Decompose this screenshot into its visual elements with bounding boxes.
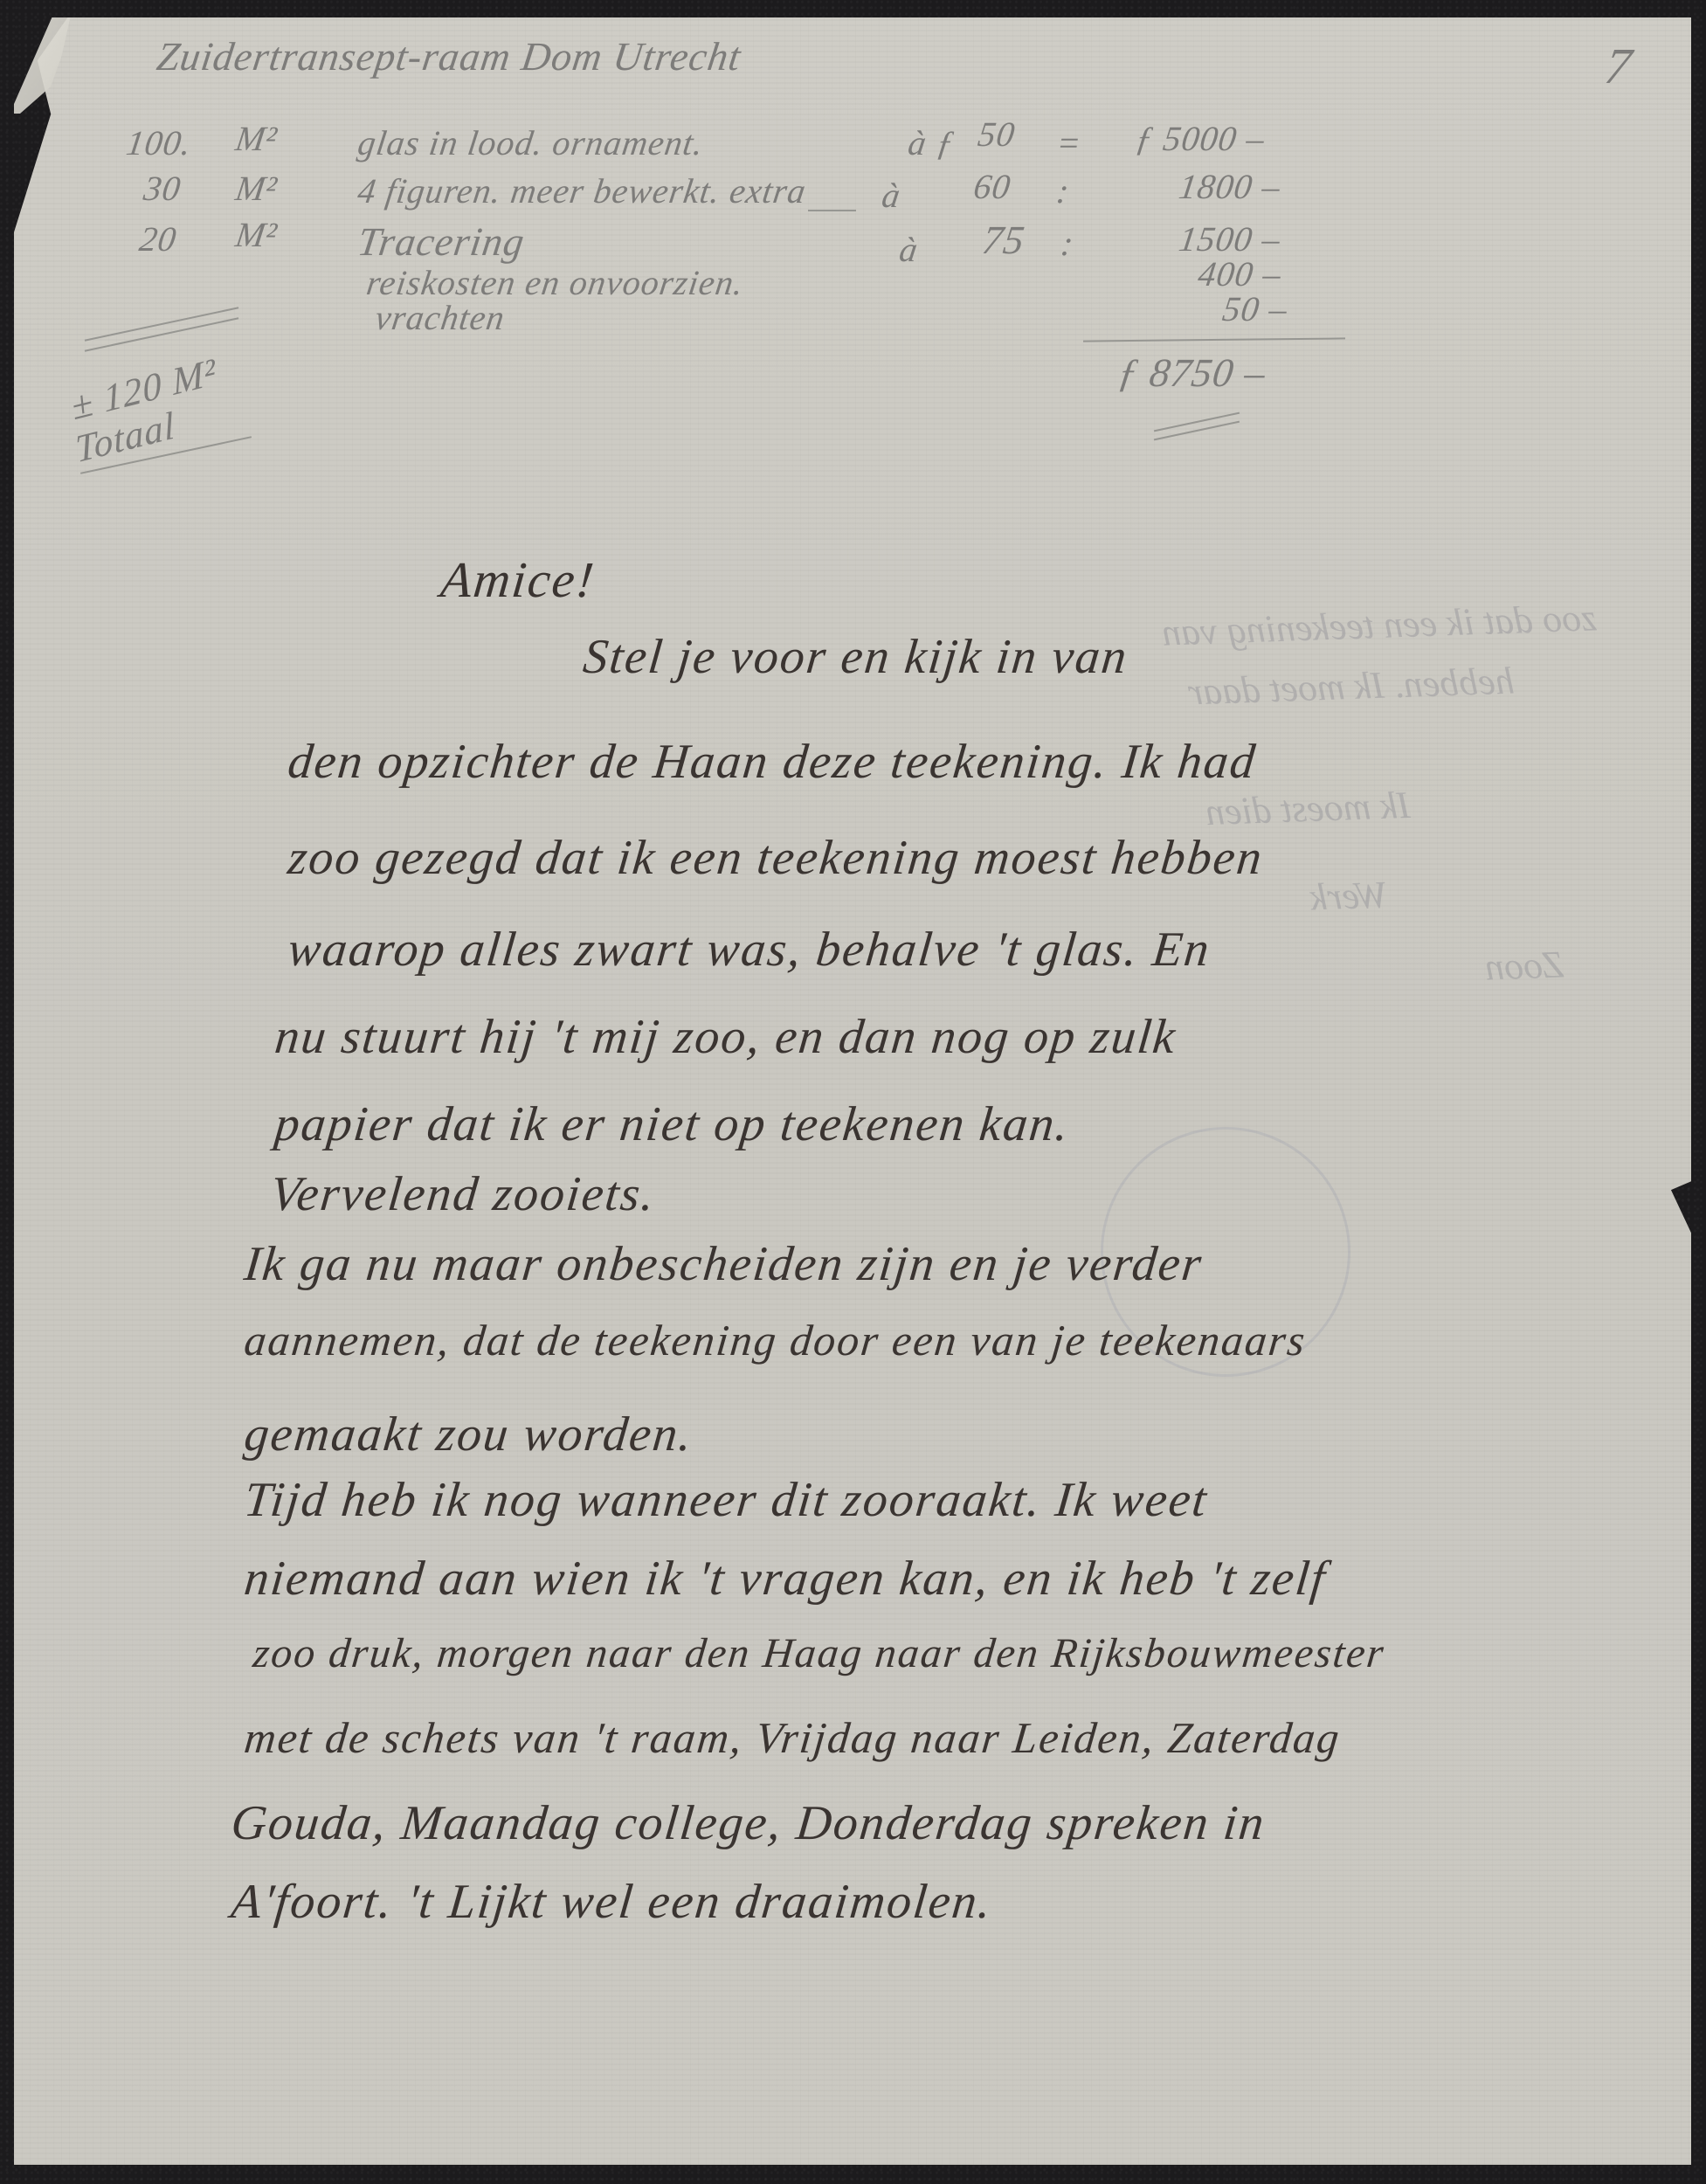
letter-line: Tijd heb ik nog wanneer dit zooraakt. Ik…	[242, 1472, 1211, 1528]
letter-line: zoo druk, morgen naar den Haag naar den …	[251, 1629, 1387, 1677]
letter-line: den opzichter de Haan deze teekening. Ik…	[286, 734, 1260, 790]
letter-line: met de schets van 't raam, Vrijdag naar …	[242, 1712, 1343, 1763]
letter-line: gemaakt zou worden.	[242, 1406, 696, 1462]
estimate-unit: M²	[233, 168, 280, 209]
estimate-amount: 50 –	[1220, 288, 1291, 329]
estimate-rate: 50	[976, 114, 1019, 155]
header-title: Zuidertransept-raam Dom Utrecht	[154, 33, 744, 79]
underline-extra	[808, 210, 856, 211]
estimate-amount: ƒ 5000 –	[1133, 118, 1268, 159]
estimate-rate: 75	[979, 217, 1027, 263]
letter-line: Ik ga nu maar onbescheiden zijn en je ve…	[242, 1236, 1205, 1292]
letter-line: A'foort. 't Lijkt wel een draaimolen.	[229, 1874, 996, 1930]
estimate-qty: 100.	[124, 122, 195, 163]
letter-line: zoo gezegd dat ik een teekening moest he…	[286, 830, 1267, 886]
estimate-amount: 1800 –	[1177, 166, 1284, 207]
estimate-unit: M²	[233, 118, 280, 159]
estimate-unit: M²	[233, 214, 280, 255]
estimate-desc: Tracering	[355, 218, 528, 265]
letter-line: aannemen, dat de teekening door een van …	[242, 1315, 1309, 1365]
estimate-rate-prefix: à ƒ	[906, 122, 958, 163]
estimate-qty: 30	[142, 168, 184, 209]
letter-line: Vervelend zooiets.	[268, 1166, 659, 1222]
letter-line: nu stuurt hij 't mij zoo, en dan nog op …	[273, 1009, 1180, 1065]
estimate-qty: 20	[137, 218, 180, 259]
letter-line: niemand aan wien ik 't vragen kan, en ik…	[242, 1551, 1330, 1607]
estimate-desc: glas in lood. ornament.	[356, 122, 707, 163]
letter-line: Gouda, Maandag college, Donderdag spreke…	[229, 1795, 1268, 1851]
estimate-desc: 4 figuren. meer bewerkt. extra	[356, 170, 809, 211]
letter-line: Stel je voor en kijk in van	[581, 629, 1131, 685]
letter-line: waarop alles zwart was, behalve 't glas.…	[286, 922, 1213, 978]
letter-greeting: Amice!	[438, 550, 597, 609]
estimate-total: ƒ 8750 –	[1115, 349, 1268, 396]
show-through-text: Werk	[1309, 872, 1389, 919]
estimate-desc: vrachten	[373, 297, 508, 338]
letter-line: papier dat ik er niet op teekenen kan.	[273, 1096, 1073, 1152]
show-through-text: Zoon	[1484, 942, 1564, 989]
show-through-text: Ik moest dien	[1205, 783, 1411, 834]
estimate-rate: 60	[971, 166, 1014, 207]
